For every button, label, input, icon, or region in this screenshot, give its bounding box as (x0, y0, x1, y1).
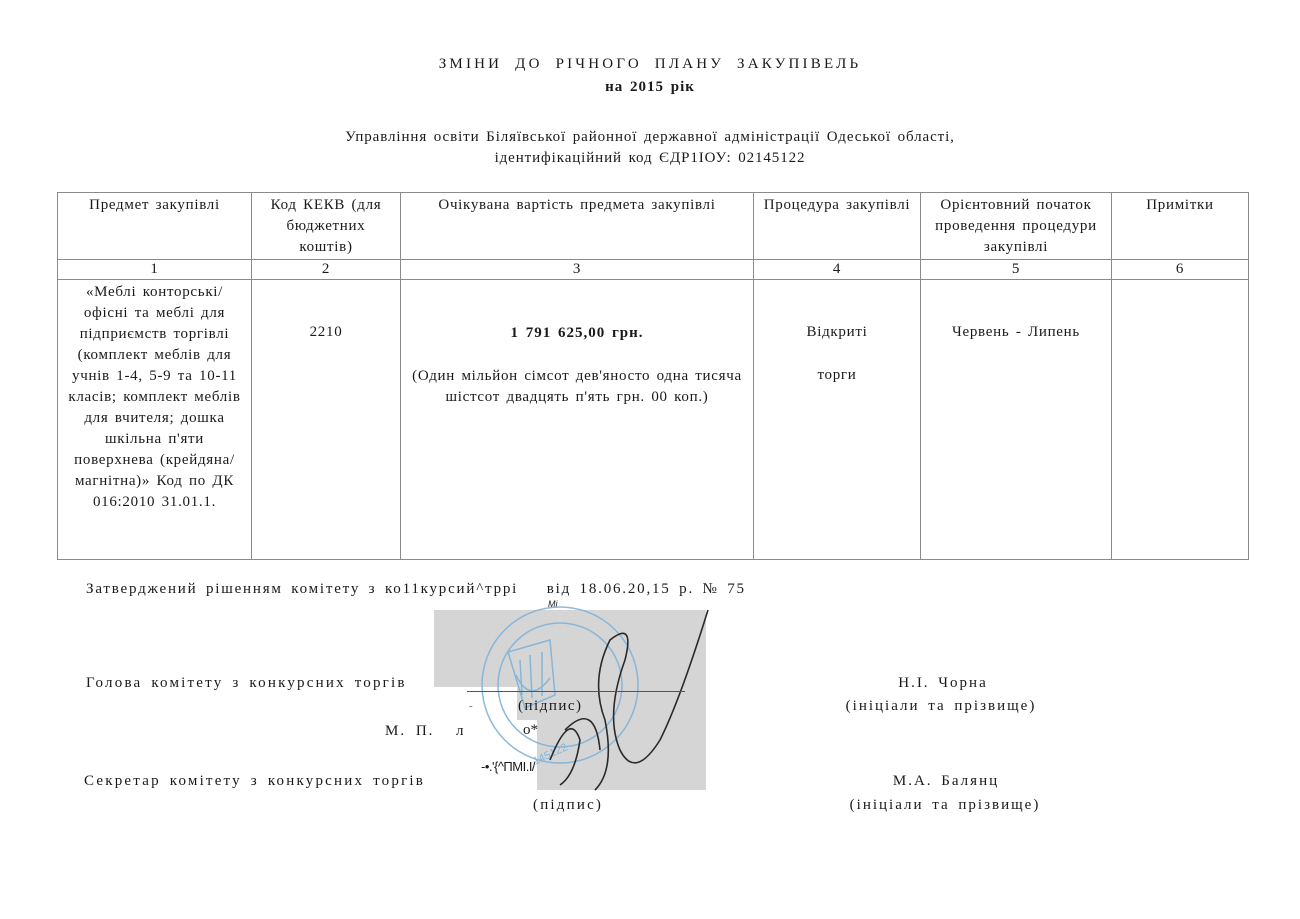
approval-line: Затверджений рішенням комітету з ко11кур… (86, 581, 746, 598)
scan-artifact: - (469, 700, 473, 712)
col-header-procedure: Процедура закупівлі (754, 193, 921, 260)
col-header-start: Орієнтовний початок проведення процедури… (921, 193, 1112, 260)
start-period: Червень - Липень (927, 322, 1105, 343)
scan-artifact: -•.'{^ПМІ.І/ (481, 759, 535, 774)
procedure-line-1: Відкриті (760, 322, 914, 343)
secretary-name: М.А. Балянц (816, 773, 1076, 790)
column-number-row: 1 2 3 4 5 6 (58, 260, 1249, 280)
cell-subject: «Меблі конторські/офісні та меблі для пі… (58, 280, 252, 560)
cell-notes (1112, 280, 1249, 560)
approval-date: від 18.06.20,15 р. № 75 (547, 581, 746, 597)
chair-role: Голова комітету з конкурсних торгів (86, 675, 407, 692)
scan-artifact: о* (523, 722, 538, 739)
secretary-signature-caption: (підпис) (533, 797, 603, 814)
document-title: ЗМІНИ ДО РІЧНОГО ПЛАНУ ЗАКУПІВЕЛЬ (0, 56, 1300, 73)
table-header-row: Предмет закупівлі Код КЕКВ (для бюджетни… (58, 193, 1249, 260)
col-number: 1 (58, 260, 252, 280)
col-header-subject: Предмет закупівлі (58, 193, 252, 260)
cell-kekv: 2210 (252, 280, 401, 560)
document-subtitle: на 2015 рік (0, 79, 1300, 96)
organization-code: ідентифікаційний код ЄДР1ІОУ: 02145122 (0, 148, 1300, 169)
cell-start-period: Червень - Липень (921, 280, 1112, 560)
kekv-code: 2210 (258, 322, 394, 343)
secretary-name-caption: (ініціали та прізвище) (815, 797, 1075, 814)
chair-name: Н.І. Чорна (813, 675, 1073, 692)
official-seal-icon: 145122 (482, 607, 638, 768)
procurement-plan-table: Предмет закупівлі Код КЕКВ (для бюджетни… (57, 192, 1249, 560)
col-header-kekv: Код КЕКВ (для бюджетних коштів) (252, 193, 401, 260)
cell-procedure: Відкриті торги (754, 280, 921, 560)
scan-artifact: л (456, 723, 464, 740)
signature-line (467, 691, 685, 692)
col-number: 3 (401, 260, 754, 280)
expected-cost-words: (Один мільйон сімсот дев'яносто одна тис… (407, 366, 747, 408)
col-number: 4 (754, 260, 921, 280)
cell-expected-cost: 1 791 625,00 грн. (Один мільйон сімсот д… (401, 280, 754, 560)
col-number: 6 (1112, 260, 1249, 280)
col-number: 5 (921, 260, 1112, 280)
svg-text:145122: 145122 (531, 741, 569, 767)
expected-cost-amount: 1 791 625,00 грн. (407, 323, 747, 344)
secretary-role: Секретар комітету з конкурсних торгів (84, 773, 425, 790)
col-number: 2 (252, 260, 401, 280)
table-row: «Меблі конторські/офісні та меблі для пі… (58, 280, 1249, 560)
seal-label: М. П. (385, 723, 434, 740)
procedure-line-2: торги (760, 365, 914, 386)
approval-text: Затверджений рішенням комітету з ко11кур… (86, 581, 518, 597)
col-header-expected-cost: Очікувана вартість предмета закупівлі (401, 193, 754, 260)
organization-block: Управління освіти Біляївської районної д… (0, 127, 1300, 169)
organization-name: Управління освіти Біляївської районної д… (0, 127, 1300, 148)
chair-name-caption: (ініціали та прізвище) (811, 698, 1071, 715)
col-header-notes: Примітки (1112, 193, 1249, 260)
chair-signature-caption: (підпис) (518, 698, 583, 715)
